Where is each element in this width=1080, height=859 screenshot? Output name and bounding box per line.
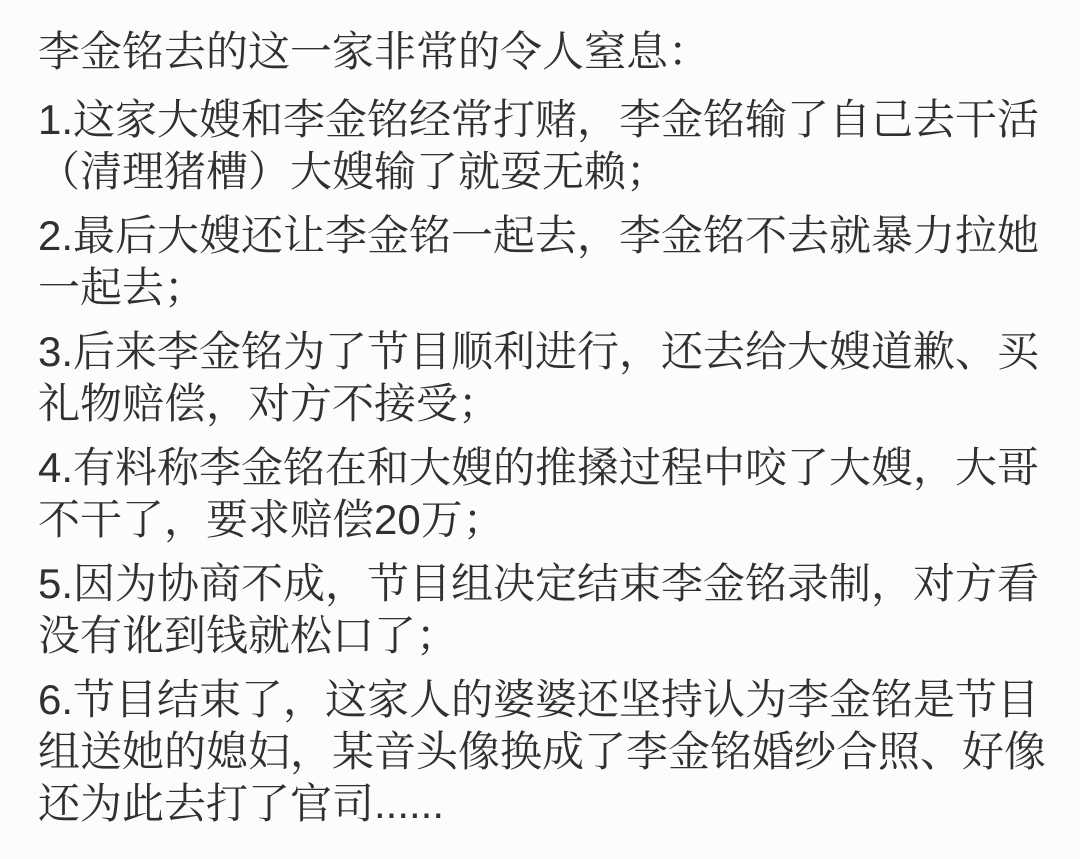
text-line: 一起去；: [38, 262, 1052, 314]
list-item-4: 4.有料称李金铭在和大嫂的推搡过程中咬了大嫂，大哥 不干了，要求赔偿20万；: [38, 442, 1052, 546]
text-line: 5.因为协商不成，节目组决定结束李金铭录制，对方看: [38, 558, 1052, 610]
text-line: 4.有料称李金铭在和大嫂的推搡过程中咬了大嫂，大哥: [38, 442, 1052, 494]
list-item-5: 5.因为协商不成，节目组决定结束李金铭录制，对方看 没有讹到钱就松口了；: [38, 558, 1052, 662]
list-item-1: 1.这家大嫂和李金铭经常打赌，李金铭输了自己去干活 （清理猪槽）大嫂输了就耍无赖…: [38, 94, 1052, 198]
text-line: 6.节目结束了，这家人的婆婆还坚持认为李金铭是节目: [38, 674, 1052, 726]
post-title: 李金铭去的这一家非常的令人窒息：: [38, 26, 1052, 78]
text-line: 礼物赔偿，对方不接受；: [38, 378, 1052, 430]
text-line: 不干了，要求赔偿20万；: [38, 494, 1052, 546]
list-item-2: 2.最后大嫂还让李金铭一起去，李金铭不去就暴力拉她 一起去；: [38, 210, 1052, 314]
text-screenshot-page: 李金铭去的这一家非常的令人窒息： 1.这家大嫂和李金铭经常打赌，李金铭输了自己去…: [0, 0, 1080, 859]
text-line: 2.最后大嫂还让李金铭一起去，李金铭不去就暴力拉她: [38, 210, 1052, 262]
list-item-3: 3.后来李金铭为了节目顺利进行，还去给大嫂道歉、买 礼物赔偿，对方不接受；: [38, 326, 1052, 430]
text-line: 还为此去打了官司......: [38, 778, 1052, 830]
text-line: 1.这家大嫂和李金铭经常打赌，李金铭输了自己去干活: [38, 94, 1052, 146]
text-line: （清理猪槽）大嫂输了就耍无赖；: [38, 146, 1052, 198]
text-line: 没有讹到钱就松口了；: [38, 610, 1052, 662]
text-line: 3.后来李金铭为了节目顺利进行，还去给大嫂道歉、买: [38, 326, 1052, 378]
list-item-6: 6.节目结束了，这家人的婆婆还坚持认为李金铭是节目 组送她的媳妇，某音头像换成了…: [38, 674, 1052, 830]
text-line: 组送她的媳妇，某音头像换成了李金铭婚纱合照、好像: [38, 726, 1052, 778]
